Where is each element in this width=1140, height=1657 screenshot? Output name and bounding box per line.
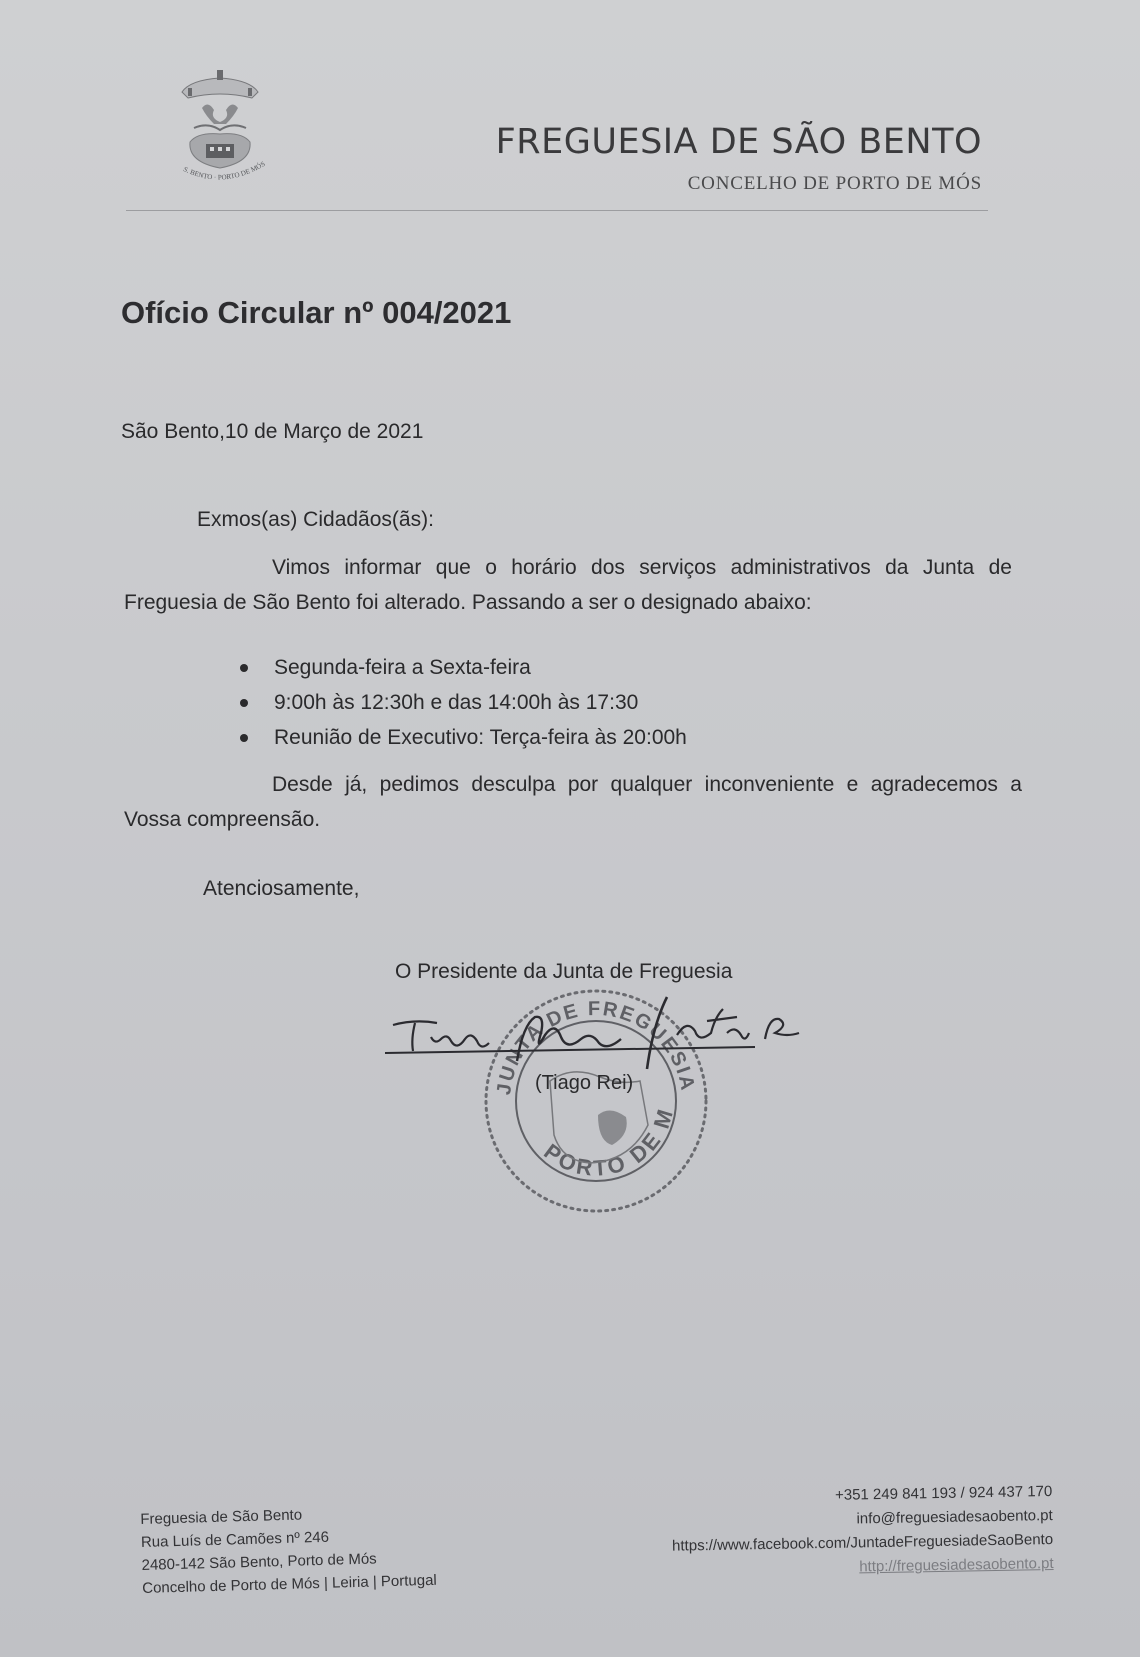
footer-contacts: +351 249 841 193 / 924 437 170 info@freg… — [671, 1480, 1054, 1583]
signer-name: (Tiago Rei) — [535, 1072, 633, 1095]
handwritten-signature — [385, 995, 815, 1075]
coat-of-arms-logo: S. BENTO · PORTO DE MÓS — [168, 70, 272, 190]
salutation: Exmos(as) Cidadãos(ãs): — [197, 508, 434, 532]
list-item: Segunda-feira a Sexta-feira — [240, 650, 687, 685]
organization-name: FREGUESIA DE SÃO BENTO — [496, 122, 982, 162]
body-paragraph-1: Vimos informar que o horário dos serviço… — [124, 550, 1012, 620]
closing: Atenciosamente, — [203, 877, 359, 901]
date-line: São Bento,10 de Março de 2021 — [121, 420, 423, 444]
letter-page: S. BENTO · PORTO DE MÓS FREGUESIA DE SÃO… — [0, 0, 1140, 1657]
bullet-icon — [240, 664, 248, 672]
municipality-name: CONCELHO DE PORTO DE MÓS — [688, 173, 982, 195]
bullet-icon — [240, 734, 248, 742]
footer-address: Freguesia de São Bento Rua Luís de Camõe… — [140, 1500, 437, 1600]
header-divider — [126, 210, 988, 211]
document-title: Ofício Circular nº 004/2021 — [121, 295, 511, 331]
body-paragraph-2: Desde já, pedimos desculpa por qualquer … — [124, 767, 1022, 837]
list-item: Reunião de Executivo: Terça-feira às 20:… — [240, 720, 687, 755]
signer-role: O Presidente da Junta de Freguesia — [395, 960, 732, 984]
list-item: 9:00h às 12:30h e das 14:00h às 17:30 — [240, 685, 687, 720]
schedule-list: Segunda-feira a Sexta-feira 9:00h às 12:… — [240, 650, 687, 755]
bullet-icon — [240, 699, 248, 707]
